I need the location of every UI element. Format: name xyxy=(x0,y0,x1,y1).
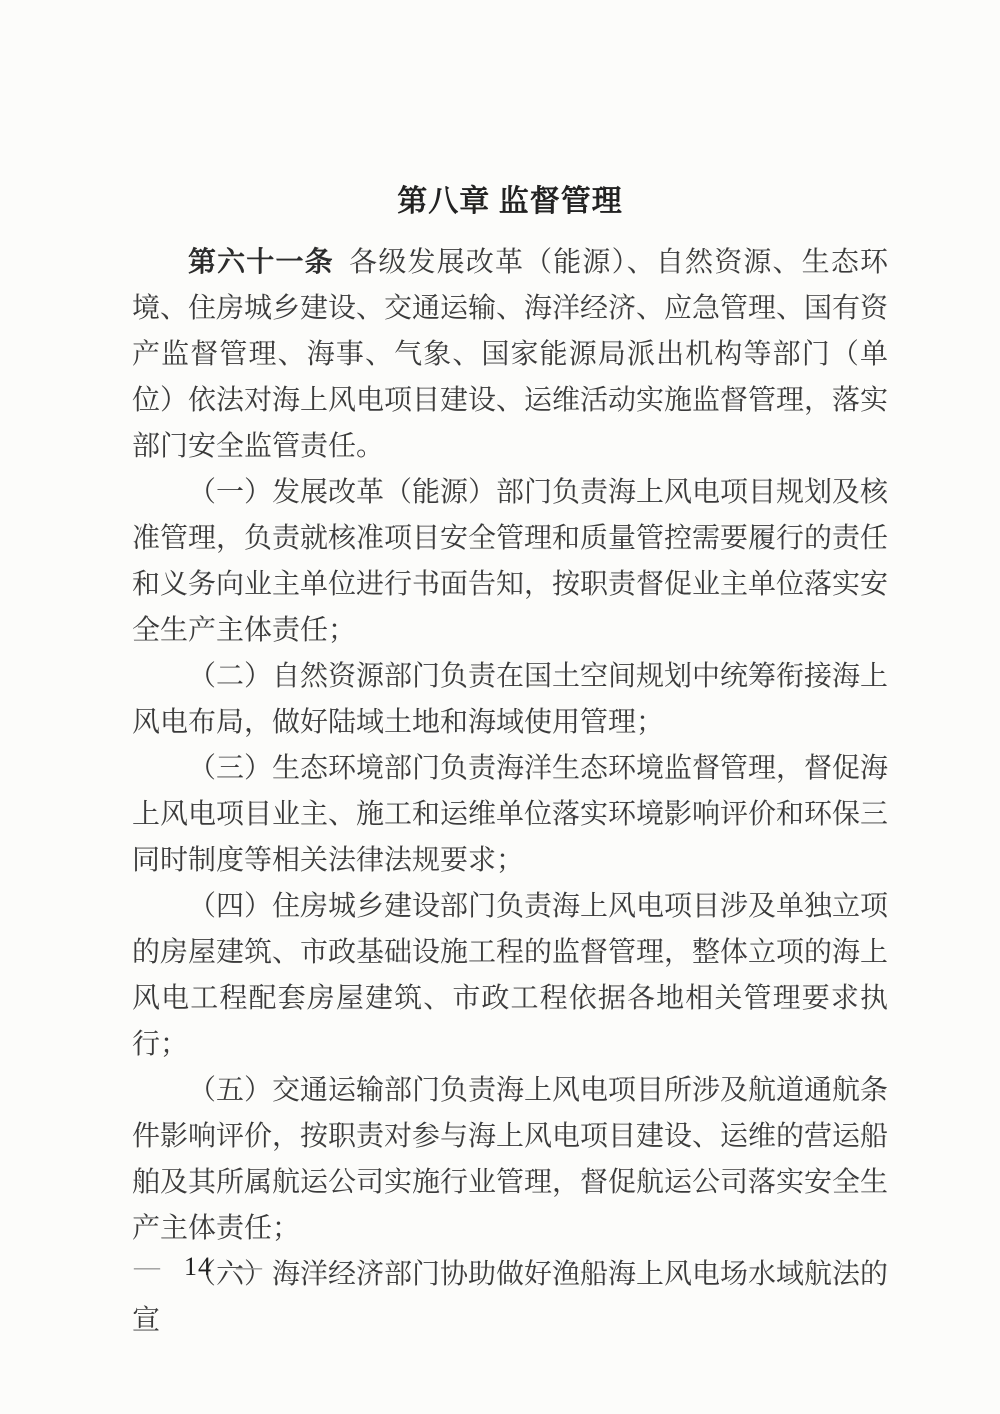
paragraph-item-2: （二）自然资源部门负责在国土空间规划中统筹衔接海上风电布局，做好陆域土地和海域使… xyxy=(132,654,888,746)
paragraph-item-1: （一）发展改革（能源）部门负责海上风电项目规划及核准管理，负责就核准项目安全管理… xyxy=(132,470,888,654)
article-number: 第六十一条 xyxy=(188,247,334,278)
document-page: 第八章 监督管理 第六十一条各级发展改革（能源）、自然资源、生态环境、住房城乡建… xyxy=(0,0,1000,1414)
item-2-text: （二）自然资源部门负责在国土空间规划中统筹衔接海上风电布局，做好陆域土地和海域使… xyxy=(132,661,888,738)
paragraph-article-61: 第六十一条各级发展改革（能源）、自然资源、生态环境、住房城乡建设、交通运输、海洋… xyxy=(132,240,888,470)
item-3-text: （三）生态环境部门负责海洋生态环境监督管理，督促海上风电项目业主、施工和运维单位… xyxy=(132,753,888,876)
item-1-text: （一）发展改革（能源）部门负责海上风电项目规划及核准管理，负责就核准项目安全管理… xyxy=(132,477,888,646)
page-number-dash-left: — xyxy=(134,1252,160,1282)
paragraph-item-5: （五）交通运输部门负责海上风电项目所涉及航道通航条件影响评价，按职责对参与海上风… xyxy=(132,1068,888,1252)
article-text: 各级发展改革（能源）、自然资源、生态环境、住房城乡建设、交通运输、海洋经济、应急… xyxy=(132,247,888,462)
page-footer: — 14 — xyxy=(134,1252,262,1282)
paragraph-item-3: （三）生态环境部门负责海洋生态环境监督管理，督促海上风电项目业主、施工和运维单位… xyxy=(132,746,888,884)
page-number: 14 xyxy=(184,1252,212,1282)
item-5-text: （五）交通运输部门负责海上风电项目所涉及航道通航条件影响评价，按职责对参与海上风… xyxy=(132,1075,888,1244)
chapter-title: 第八章 监督管理 xyxy=(132,178,888,226)
page-number-dash-right: — xyxy=(236,1252,262,1282)
item-4-text: （四）住房城乡建设部门负责海上风电项目涉及单独立项的房屋建筑、市政基础设施工程的… xyxy=(132,891,888,1060)
paragraph-item-4: （四）住房城乡建设部门负责海上风电项目涉及单独立项的房屋建筑、市政基础设施工程的… xyxy=(132,884,888,1068)
page-content: 第八章 监督管理 第六十一条各级发展改革（能源）、自然资源、生态环境、住房城乡建… xyxy=(132,178,888,1344)
